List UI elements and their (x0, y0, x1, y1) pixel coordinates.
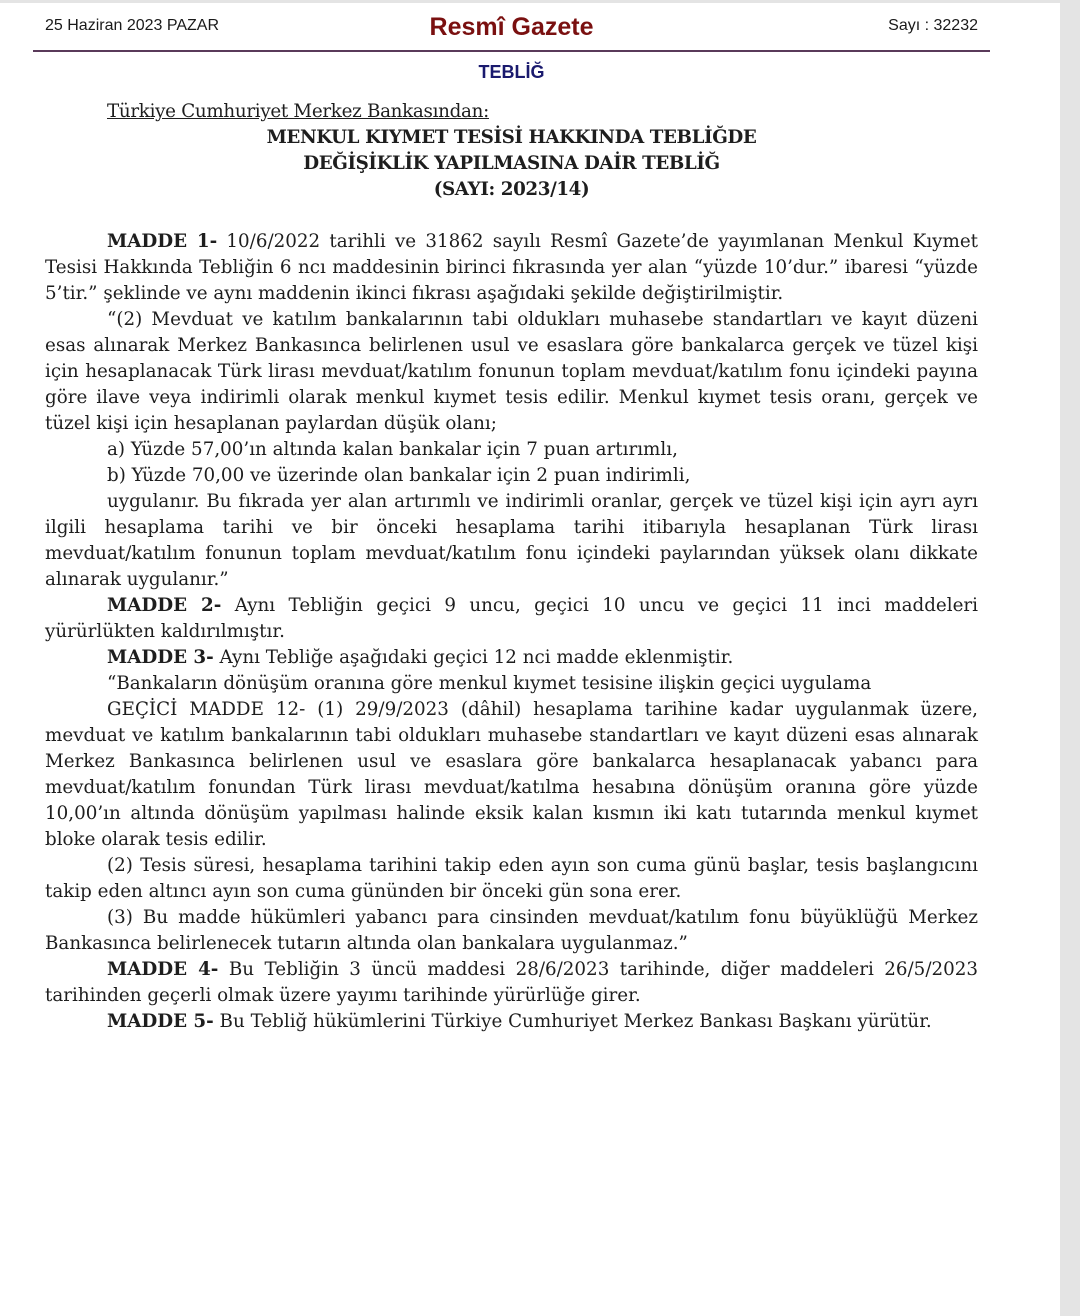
gazette-page: 25 Haziran 2023 PAZAR Resmî Gazete Sayı … (0, 3, 1060, 1316)
heading-line: (SAYI: 2023/14) (45, 177, 978, 203)
article-label: MADDE 1- (107, 231, 217, 252)
section-title: TEBLİĞ (33, 62, 990, 83)
article-label: MADDE 4- (107, 959, 218, 980)
paragraph-text: GEÇİCİ MADDE 12- (1) 29/9/2023 (dâhil) h… (45, 699, 978, 850)
article-label: MADDE 3- (107, 647, 214, 668)
document-heading: MENKUL KIYMET TESİSİ HAKKINDA TEBLİĞDE D… (45, 125, 978, 203)
article-paragraph: MADDE 2- Aynı Tebliğin geçici 9 uncu, ge… (45, 593, 978, 645)
article-paragraph: MADDE 5- Bu Tebliğ hükümlerini Türkiye C… (45, 1009, 978, 1035)
article-paragraph: MADDE 3- Aynı Tebliğe aşağıdaki geçici 1… (45, 645, 978, 671)
paragraph: “(2) Mevduat ve katılım bankalarının tab… (45, 307, 978, 437)
article-paragraph: MADDE 1- 10/6/2022 tarihli ve 31862 sayı… (45, 229, 978, 307)
paragraph: (2) Tesis süresi, hesaplama tarihini tak… (45, 853, 978, 905)
paragraph-text: b) Yüzde 70,00 ve üzerinde olan bankalar… (107, 465, 690, 486)
issue-number: Sayı : 32232 (888, 17, 978, 35)
gazette-title: Resmî Gazete (33, 13, 990, 42)
paragraph-text: Bu Tebliğ hükümlerini Türkiye Cumhuriyet… (214, 1011, 932, 1032)
article-label: MADDE 5- (107, 1011, 214, 1032)
paragraph-text: (3) Bu madde hükümleri yabancı para cins… (45, 907, 978, 954)
paragraph-text: a) Yüzde 57,00’ın altında kalan bankalar… (107, 439, 678, 460)
paragraph: b) Yüzde 70,00 ve üzerinde olan bankalar… (45, 463, 978, 489)
document-body: Türkiye Cumhuriyet Merkez Bankasından: M… (45, 99, 978, 1035)
article-paragraph: MADDE 4- Bu Tebliğin 3 üncü maddesi 28/6… (45, 957, 978, 1009)
paragraph: “Bankaların dönüşüm oranına göre menkul … (45, 671, 978, 697)
paragraph-text: “(2) Mevduat ve katılım bankalarının tab… (45, 309, 978, 434)
paragraph-text: Aynı Tebliğe aşağıdaki geçici 12 nci mad… (214, 647, 734, 668)
paragraph: (3) Bu madde hükümleri yabancı para cins… (45, 905, 978, 957)
issuer-line: Türkiye Cumhuriyet Merkez Bankasından: (107, 99, 978, 125)
heading-line: MENKUL KIYMET TESİSİ HAKKINDA TEBLİĞDE (45, 125, 978, 151)
paragraph: uygulanır. Bu fıkrada yer alan artırımlı… (45, 489, 978, 593)
masthead: 25 Haziran 2023 PAZAR Resmî Gazete Sayı … (33, 3, 990, 52)
heading-line: DEĞİŞİKLİK YAPILMASINA DAİR TEBLİĞ (45, 151, 978, 177)
paragraph-text: (2) Tesis süresi, hesaplama tarihini tak… (45, 855, 978, 902)
paragraph-text: uygulanır. Bu fıkrada yer alan artırımlı… (45, 491, 978, 590)
paragraph-list: MADDE 1- 10/6/2022 tarihli ve 31862 sayı… (45, 229, 978, 1035)
spacer (45, 203, 978, 229)
article-label: MADDE 2- (107, 595, 221, 616)
paragraph-text: “Bankaların dönüşüm oranına göre menkul … (107, 673, 871, 694)
paragraph: GEÇİCİ MADDE 12- (1) 29/9/2023 (dâhil) h… (45, 697, 978, 853)
paragraph: a) Yüzde 57,00’ın altında kalan bankalar… (45, 437, 978, 463)
